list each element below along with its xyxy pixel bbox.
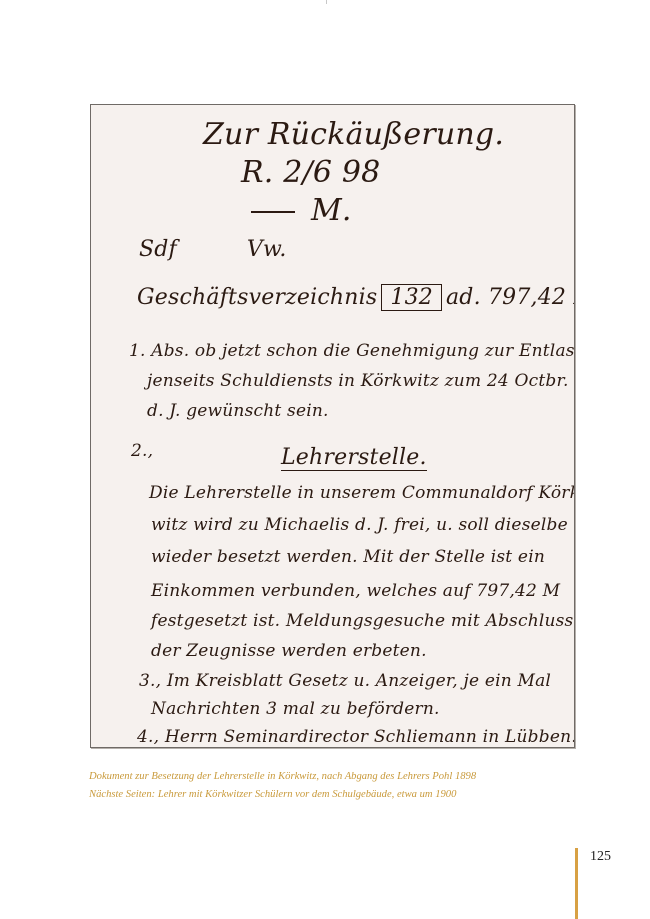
item3-line1: 3., Im Kreisblatt Gesetz u. Anzeiger, je… xyxy=(139,671,551,691)
item2-line4: Einkommen verbunden, welches auf 797,42 … xyxy=(151,581,560,601)
item1-line3: d. J. gewünscht sein. xyxy=(147,401,329,421)
signature-letter: M. xyxy=(311,193,352,228)
item2-line1: Die Lehrerstelle in unserem Communaldorf… xyxy=(149,483,575,503)
item3-line2: Nachrichten 3 mal zu befördern. xyxy=(151,699,440,719)
reference-number-box: 132 xyxy=(381,284,442,311)
item2-line3: wieder besetzt werden. Mit der Stelle is… xyxy=(151,547,545,567)
handwritten-reference-line: Geschäftsverzeichnis132ad. 797,42 M. xyxy=(137,285,575,310)
crop-mark xyxy=(326,0,327,4)
caption-document: Dokument zur Besetzung der Lehrerstelle … xyxy=(89,771,476,782)
document-image: Zur Rückäußerung. R. 2/6 98 M. SdfVw. Ge… xyxy=(90,104,575,748)
reference-prefix: Geschäftsverzeichnis xyxy=(137,285,377,310)
item2-line2: witz wird zu Michaelis d. J. frei, u. so… xyxy=(151,515,568,535)
item4-line1: 4., Herrn Seminardirector Schliemann in … xyxy=(137,727,575,747)
item2-line6: der Zeugnisse werden erbeten. xyxy=(151,641,427,661)
flourish-stroke xyxy=(251,211,295,213)
item2-title-text: Lehrerstelle. xyxy=(281,445,427,471)
initials-text: Vw. xyxy=(247,237,287,262)
caption-next-pages: Nächste Seiten: Lehrer mit Körkwitzer Sc… xyxy=(89,789,456,800)
reference-suffix: ad. 797,42 M. xyxy=(446,285,575,310)
item1-line2: jenseits Schuldiensts in Körkwitz zum 24… xyxy=(147,371,569,391)
handwritten-date: R. 2/6 98 xyxy=(241,155,380,190)
handwritten-heading: Zur Rückäußerung. xyxy=(203,117,504,152)
handwritten-initials: SdfVw. xyxy=(139,237,287,262)
item2-title: Lehrerstelle. xyxy=(281,445,427,470)
item2-line5: festgesetzt ist. Meldungsgesuche mit Abs… xyxy=(151,611,573,631)
item1-line1: 1. Abs. ob jetzt schon die Genehmigung z… xyxy=(129,341,575,361)
page-accent-bar xyxy=(575,848,578,919)
initial-mark: Sdf xyxy=(139,237,177,262)
handwritten-signature-mark: M. xyxy=(251,193,352,228)
page-number: 125 xyxy=(590,849,611,865)
item2-number: 2., xyxy=(131,441,153,461)
